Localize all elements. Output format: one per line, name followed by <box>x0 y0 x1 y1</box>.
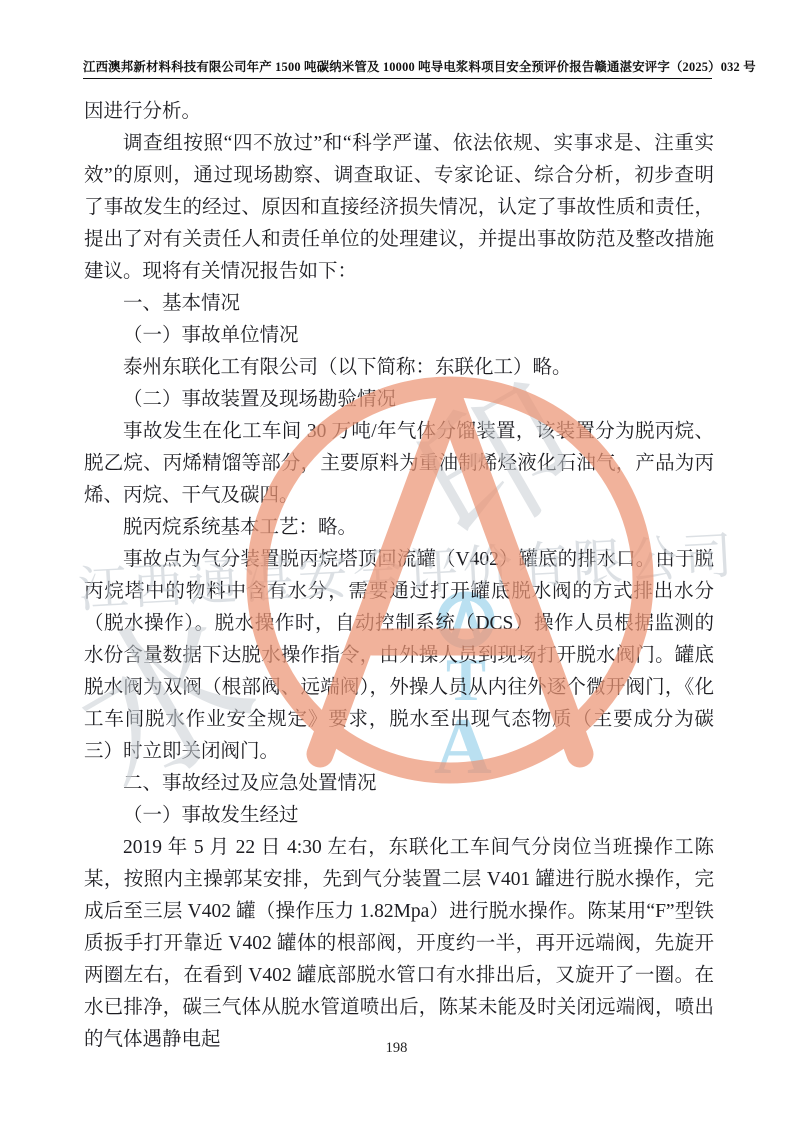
heading-occurrence: （一）事故发生经过 <box>84 800 714 832</box>
heading-basic-situation: 一、基本情况 <box>84 288 714 320</box>
heading-accident-course: 二、事故经过及应急处置情况 <box>84 768 714 800</box>
paragraph-company: 泰州东联化工有限公司（以下简称：东联化工）略。 <box>84 352 714 384</box>
paragraph-investigation: 调查组按照“四不放过”和“科学严谨、依法依规、实事求是、注重实效”的原则，通过现… <box>84 128 714 288</box>
document-page: 江西澳邦新材料科技有限公司年产 1500 吨碳纳米管及 10000 吨导电浆料项… <box>0 0 793 1122</box>
heading-accident-device: （二）事故装置及现场勘验情况 <box>84 384 714 416</box>
paragraph-process: 脱丙烷系统基本工艺：略。 <box>84 512 714 544</box>
paragraph-accident-point: 事故点为气分装置脱丙烷塔顶回流罐（V402）罐底的排水口。由于脱丙烷塔中的物料中… <box>84 544 714 768</box>
page-number: 198 <box>0 1040 793 1057</box>
paragraph-occurrence: 2019 年 5 月 22 日 4:30 左右，东联化工车间气分岗位当班操作工陈… <box>84 832 714 1056</box>
heading-accident-unit: （一）事故单位情况 <box>84 320 714 352</box>
page-header: 江西澳邦新材料科技有限公司年产 1500 吨碳纳米管及 10000 吨导电浆料项… <box>83 57 712 79</box>
paragraph-continuation: 因进行分析。 <box>84 96 714 128</box>
paragraph-device: 事故发生在化工车间 30 万吨/年气体分馏装置，该装置分为脱丙烷、脱乙烷、丙烯精… <box>84 416 714 512</box>
body-text: 因进行分析。 调查组按照“四不放过”和“科学严谨、依法依规、实事求是、注重实效”… <box>84 96 714 1056</box>
